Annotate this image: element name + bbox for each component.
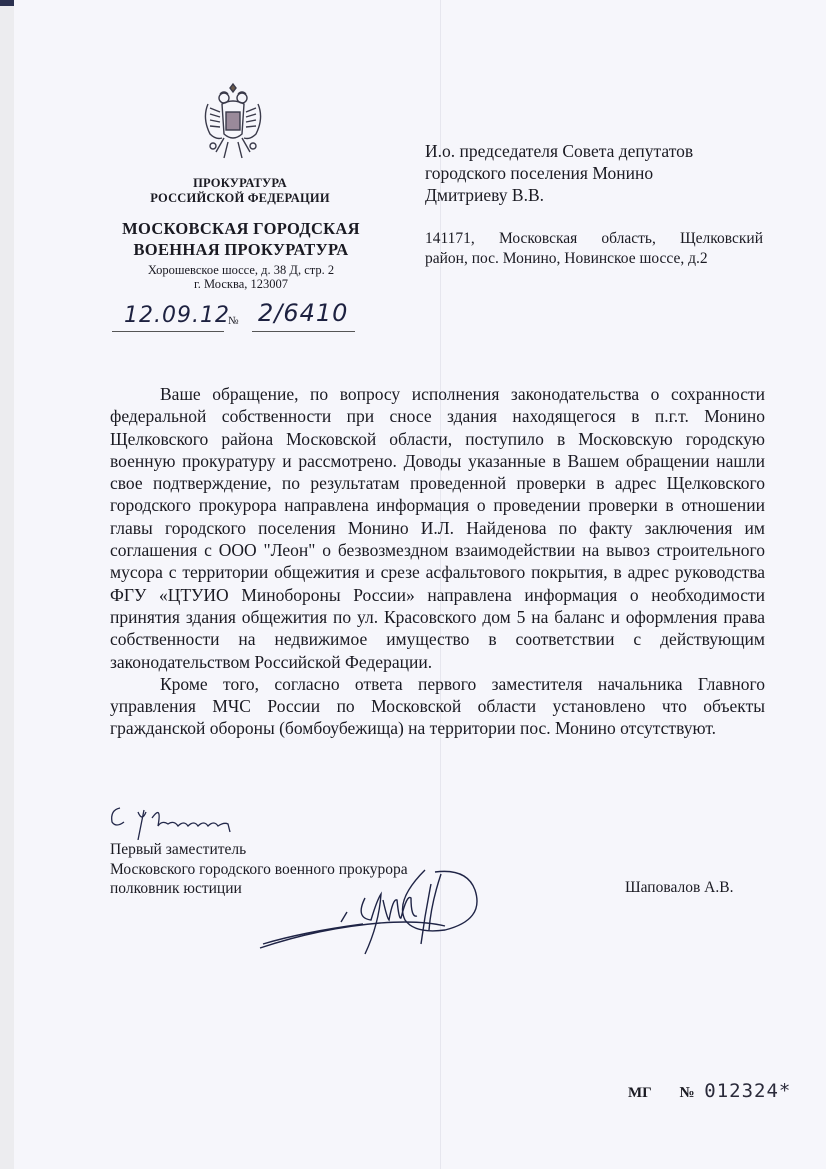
registration-number: 2/6410 [258, 299, 348, 327]
coat-of-arms-icon [200, 82, 266, 168]
recipient-address-line-1: 141171, Московская область, Щелковский [425, 229, 763, 249]
handwritten-signature-icon [255, 860, 525, 980]
department-title: МОСКОВСКАЯ ГОРОДСКАЯ ВОЕННАЯ ПРОКУРАТУРА [100, 218, 382, 260]
letter-body: Ваше обращение, по вопросу исполнения за… [110, 383, 765, 740]
prosecutor-office-title: ПРОКУРАТУРА РОССИЙСКОЙ ФЕДЕРАЦИИ [110, 176, 370, 206]
body-paragraph-1: Ваше обращение, по вопросу исполнения за… [110, 383, 765, 673]
recipient-name: Дмитриеву В.В. [425, 184, 770, 206]
scan-page-edge [0, 0, 14, 1169]
sender-address: Хорошевское шоссе, д. 38 Д, стр. 2 г. Мо… [110, 263, 372, 291]
registration-line: 12.09.12 № 2/6410 [112, 303, 357, 335]
form-series: МГ [628, 1085, 652, 1101]
org-line-2: РОССИЙСКОЙ ФЕДЕРАЦИИ [110, 191, 370, 206]
signer-title-line-1: Первый заместитель [110, 840, 530, 860]
org-line-1: ПРОКУРАТУРА [110, 176, 370, 191]
dept-line-1: МОСКОВСКАЯ ГОРОДСКАЯ [100, 218, 382, 239]
recipient-block: И.о. председателя Совета депутатов город… [425, 140, 770, 206]
number-underline [252, 331, 355, 332]
form-number: 012324* [704, 1080, 791, 1102]
sender-address-line-1: Хорошевское шоссе, д. 38 Д, стр. 2 [110, 263, 372, 277]
recipient-address: 141171, Московская область, Щелковский р… [425, 229, 763, 269]
signer-name: Шаповалов А.В. [625, 879, 733, 897]
registration-date: 12.09.12 [124, 303, 230, 328]
date-underline [112, 331, 224, 332]
recipient-address-line-2: район, пос. Монино, Новинское шоссе, д.2 [425, 250, 708, 267]
sender-address-line-2: г. Москва, 123007 [110, 277, 372, 291]
recipient-line-2: городского поселения Монино [425, 162, 770, 184]
scan-corner-shadow [0, 0, 14, 6]
registration-number-label: № [228, 315, 239, 327]
body-paragraph-2: Кроме того, согласно ответа первого заме… [110, 673, 765, 740]
form-serial-number: МГ № 012324* [628, 1080, 791, 1102]
handwritten-closing [108, 800, 258, 840]
recipient-line-1: И.о. председателя Совета депутатов [425, 140, 770, 162]
form-number-label: № [679, 1085, 694, 1101]
dept-line-2: ВОЕННАЯ ПРОКУРАТУРА [100, 239, 382, 260]
